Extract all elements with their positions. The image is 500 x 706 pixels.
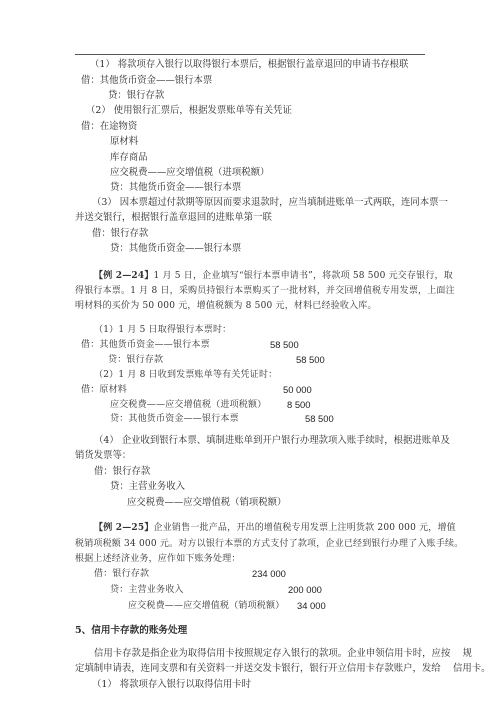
example-24-text: 得银行本票。1 月 8 日，采购员持银行本票购买了一批材料，并交回增值税专用发票… bbox=[75, 285, 455, 297]
journal-credit: 贷：其他货币资金——银行本票 bbox=[110, 182, 241, 194]
journal-credit: 贷：银行存款 bbox=[108, 90, 164, 102]
example-label: 【例 2—25】 bbox=[94, 523, 154, 533]
example-24-intro: 【例 2—24】1 月 5 日，企业填写“银行本票申请书”，将款项 58 500… bbox=[94, 270, 453, 282]
amount: 58 500 bbox=[305, 413, 334, 425]
example-25-intro: 【例 2—25】企业销售一批产品，开出的增值税专用发票上注明货款 200 000… bbox=[94, 522, 456, 534]
paragraph-cont: 定填制申请表，连同支票和有关资料一并送交发卡银行，银行开立信用卡存款账户，发给 … bbox=[75, 663, 490, 675]
paragraph-step-2: （2） 使用银行汇票后，根据发票账单等有关凭证 bbox=[86, 105, 292, 117]
amount: 58 500 bbox=[270, 339, 299, 351]
amount: 50 000 bbox=[283, 384, 312, 396]
example-25-text: 根据上述经济业务，应作如下账务处理： bbox=[75, 553, 241, 565]
journal-debit: 借：在途物资 bbox=[81, 121, 137, 133]
journal-debit: 借：银行存款 bbox=[92, 228, 148, 240]
journal-debit-line: 原材料 bbox=[110, 136, 138, 148]
paragraph: 信用卡存款是指企业为取得信用卡按照规定存入银行的款项。企业申领信用卡时，应按 规 bbox=[94, 648, 472, 660]
paragraph-step-4-cont: 销货发票等： bbox=[75, 450, 131, 462]
journal-debit: 借：银行存款 bbox=[94, 568, 149, 580]
amount: 34 000 bbox=[297, 600, 326, 612]
example-25-text: 税销项税额 34 000 元。对方以银行本票的方式支付了款项，企业已经到银行办理… bbox=[75, 538, 463, 550]
example-24-step-1: （1）1 月 5 日取得银行本票时： bbox=[94, 324, 231, 336]
paragraph-step-1: （1） 将款项存入银行以取得信用卡时 bbox=[92, 679, 251, 691]
journal-credit-line: 应交税费——应交增值税（销项税额） bbox=[127, 497, 286, 509]
journal-debit-line: 应交税费——应交增值税（进项税额） bbox=[110, 167, 269, 179]
journal-credit: 贷：主营业务收入 bbox=[110, 584, 184, 596]
header-rule bbox=[75, 54, 425, 55]
section-heading: 5、信用卡存款的账务处理 bbox=[75, 625, 187, 637]
example-label: 【例 2—24】 bbox=[94, 271, 154, 281]
journal-credit-line: 应交税费——应交增值税（销项税额） bbox=[128, 600, 284, 612]
paragraph-step-3: （3） 因本票超过付款期等原因而要求退款时，应当填制进账单一式两联，连同本票一 bbox=[92, 197, 448, 209]
amount: 200 000 bbox=[288, 584, 322, 596]
amount: 58 500 bbox=[296, 354, 325, 366]
journal-credit: 贷：其他货币资金——银行本票 bbox=[110, 243, 241, 255]
paragraph-step-1: （1） 将款项存入银行以取得银行本票后，根据银行盖章退回的申请书存根联 bbox=[90, 59, 408, 71]
journal-debit-line: 应交税费——应交增值税（进项税额） bbox=[110, 399, 266, 411]
journal-debit-line: 库存商品 bbox=[110, 152, 148, 164]
example-24-step-2: （2）1 月 8 日收到发票账单等有关凭证时： bbox=[94, 369, 277, 381]
journal-debit: 借：其他货币资金——银行本票 bbox=[81, 75, 212, 87]
journal-credit: 贷：主营业务收入 bbox=[110, 481, 185, 493]
journal-debit: 借：原材料 bbox=[81, 384, 127, 396]
example-24-text: 明材料的买价为 50 000 元，增值税额为 8 500 元，材料已经验收入库。 bbox=[75, 300, 377, 312]
journal-debit: 借：银行存款 bbox=[94, 466, 150, 478]
paragraph-step-3-cont: 并送交银行，根据银行盖章退回的进账单第一联 bbox=[75, 212, 272, 224]
amount: 8 500 bbox=[287, 399, 310, 411]
amount: 234 000 bbox=[252, 568, 286, 580]
journal-credit: 贷：银行存款 bbox=[108, 354, 163, 366]
journal-debit: 借：其他货币资金——银行本票 bbox=[81, 339, 210, 351]
journal-credit: 贷：其他货币资金——银行本票 bbox=[110, 413, 239, 425]
paragraph-step-4: （4） 企业收到银行本票、填制进账单到开户银行办理款项入账手续时，根据进账单及 bbox=[94, 435, 450, 447]
